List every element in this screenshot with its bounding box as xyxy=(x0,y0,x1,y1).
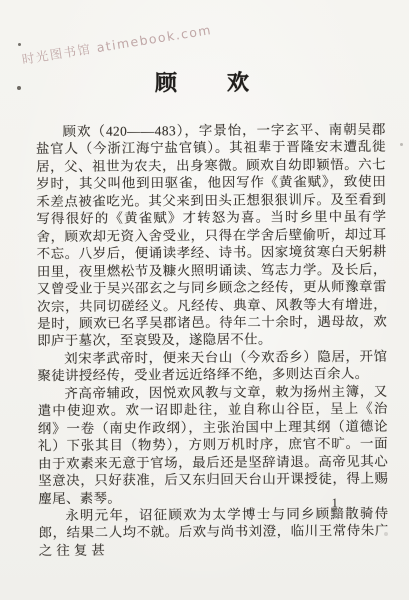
paragraph-qi-emperor: 齐高帝辅政，因悦欢风教与文章，敕为扬州主簿，又遣中使迎欢。欢一诏即赴往，並自称山… xyxy=(38,383,389,508)
paragraph-tiantai-retreat: 刘宋孝武帝时，便来天台山（今欢岙乡）隐居，开馆聚徒讲授经传，受业者远近络绎不绝，… xyxy=(37,348,387,385)
page-content: 顾 欢 顾欢（420——483），字景怡，一字玄平、南朝吴郡盐官人（今浙江海宁盐… xyxy=(0,0,409,600)
paragraph-biography-intro: 顾欢（420——483），字景怡，一字玄平、南朝吴郡盐官人（今浙江海宁盐官镇）。… xyxy=(36,121,388,350)
body-text: 顾欢（420——483），字景怡，一字玄平、南朝吴郡盐官人（今浙江海宁盐官镇）。… xyxy=(36,121,389,560)
page-title: 顾 欢 xyxy=(0,65,408,99)
book-page: 时光图书馆 atimebook.com 顾 欢 顾欢（420——483），字景怡… xyxy=(0,0,409,600)
paragraph-yongming-era: 永明元年，诏征顾欢为太学博士与同乡顾黯散骑侍郎，结果二人均不就。后欢与尚书刘澄，… xyxy=(38,505,388,560)
page-number: 1 xyxy=(331,495,338,511)
